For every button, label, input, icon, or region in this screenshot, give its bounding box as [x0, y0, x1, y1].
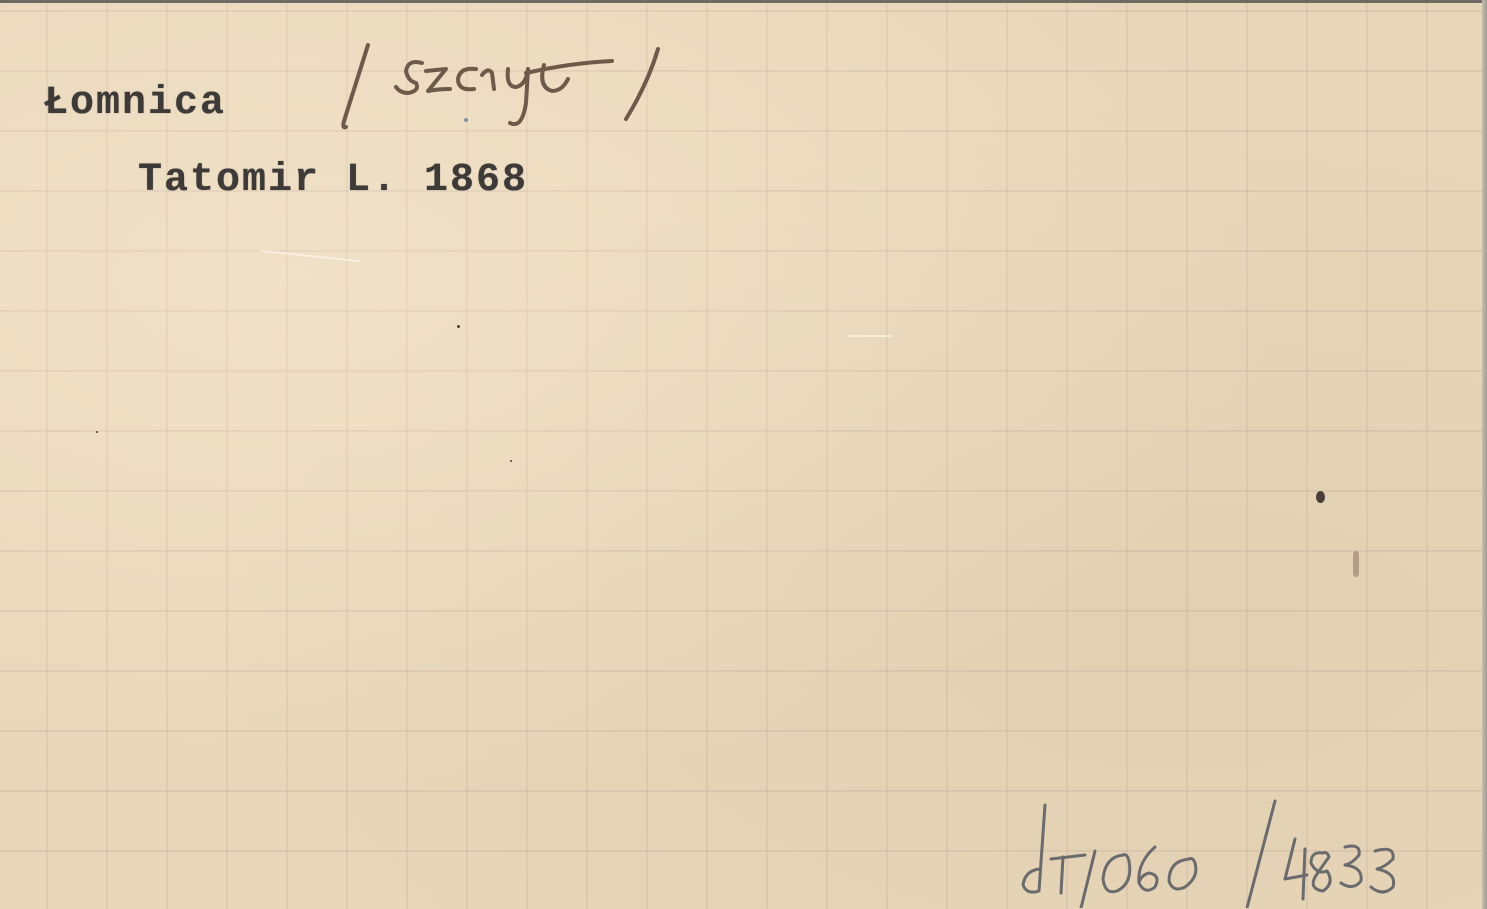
ink-speck — [510, 460, 512, 462]
handwriting-shelfmark-icon — [1005, 793, 1415, 908]
handwriting-szczyt-icon — [330, 43, 670, 143]
paper-stain — [1353, 551, 1359, 577]
catalog-card: Łomnica (szczyt) — [0, 0, 1482, 909]
paper-fiber — [848, 335, 892, 337]
entry-title: Łomnica — [44, 81, 226, 126]
ink-speck — [96, 431, 98, 433]
entry-author-line: Tatomir L. 1868 — [138, 158, 528, 203]
card-edge — [1482, 0, 1487, 909]
ink-speck — [457, 325, 460, 328]
paper-fiber — [260, 250, 360, 262]
handwritten-annotation: (szczyt) — [330, 43, 670, 143]
ink-speck — [464, 118, 468, 122]
pencil-shelfmark: bT/060/4833 — [1005, 793, 1415, 908]
ink-speck — [1316, 491, 1325, 503]
